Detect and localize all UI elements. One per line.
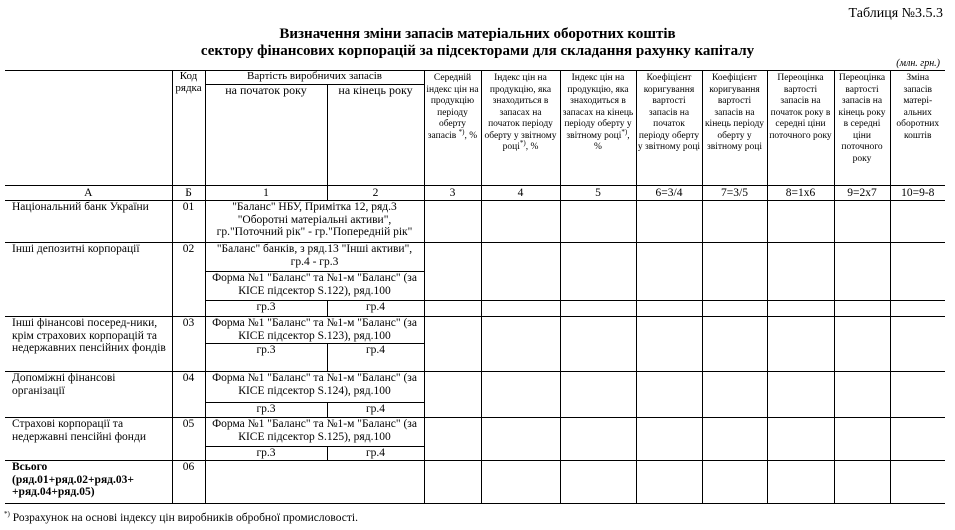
cell[interactable] bbox=[702, 418, 767, 461]
column-number-row: А Б 1 2 3 4 5 6=3/4 7=3/5 8=1х6 9=2х7 10… bbox=[5, 186, 945, 201]
header-col5: Індекс цін на продукцію, яка знаходиться… bbox=[560, 71, 636, 186]
cell[interactable] bbox=[767, 317, 834, 372]
row-name: Допоміжні фінансові організації bbox=[5, 372, 172, 418]
row-code: 03 bbox=[172, 317, 205, 372]
cell[interactable] bbox=[636, 243, 702, 301]
row-source: "Баланс" НБУ, Примітка 12, ряд.3 "Оборот… bbox=[205, 201, 424, 243]
cell[interactable] bbox=[560, 418, 636, 461]
cell[interactable] bbox=[890, 301, 945, 317]
cell[interactable] bbox=[481, 418, 560, 461]
cell[interactable] bbox=[834, 418, 890, 461]
cell[interactable] bbox=[834, 461, 890, 504]
cell[interactable] bbox=[834, 243, 890, 301]
cell[interactable] bbox=[481, 201, 560, 243]
row-g4: гр.4 bbox=[327, 447, 424, 461]
cell[interactable] bbox=[834, 372, 890, 418]
cell[interactable] bbox=[767, 461, 834, 504]
row-code: 06 bbox=[172, 461, 205, 504]
footnote-mark: *) bbox=[4, 510, 10, 518]
cell[interactable] bbox=[890, 418, 945, 461]
cell[interactable] bbox=[424, 301, 481, 317]
header-col6: Коефіцієнт коригування вартості запасів … bbox=[636, 71, 702, 186]
table-number: Таблиця №3.5.3 bbox=[849, 6, 943, 22]
cell[interactable] bbox=[636, 317, 702, 372]
cell[interactable] bbox=[767, 372, 834, 418]
cell[interactable] bbox=[702, 201, 767, 243]
cell[interactable] bbox=[767, 301, 834, 317]
header-end-year: на кінець року bbox=[327, 85, 424, 186]
cell[interactable] bbox=[834, 301, 890, 317]
cell[interactable] bbox=[702, 301, 767, 317]
cell[interactable] bbox=[205, 461, 424, 504]
cell[interactable] bbox=[481, 243, 560, 301]
row-source: "Баланс" банків, з ряд.13 "Інші активи",… bbox=[205, 243, 424, 272]
header-col9: Переоцінка вартості запасів на кінець ро… bbox=[834, 71, 890, 186]
cell[interactable] bbox=[702, 461, 767, 504]
header-start-year: на початок року bbox=[205, 85, 327, 186]
table-row: Допоміжні фінансові організації 04 Форма… bbox=[5, 372, 945, 403]
cell[interactable] bbox=[767, 418, 834, 461]
cell[interactable] bbox=[890, 317, 945, 372]
row-code: 02 bbox=[172, 243, 205, 317]
cell[interactable] bbox=[424, 418, 481, 461]
header-col10: Зміна запасів матері-альних оборотних ко… bbox=[890, 71, 945, 186]
row-g4: гр.4 bbox=[327, 301, 424, 317]
table-row: Інші депозитні корпорації 02 "Баланс" ба… bbox=[5, 243, 945, 272]
cell[interactable] bbox=[890, 243, 945, 301]
header-col7: Коефіцієнт коригування вартості запасів … bbox=[702, 71, 767, 186]
row-code: 01 bbox=[172, 201, 205, 243]
footnote: *) Розрахунок на основі індексу цін виро… bbox=[4, 512, 358, 524]
cell[interactable] bbox=[767, 201, 834, 243]
table-row: Страхові корпорації та недержавні пенсій… bbox=[5, 418, 945, 447]
cell[interactable] bbox=[636, 201, 702, 243]
stock-change-table: Код рядка Вартість виробничих запасів Се… bbox=[5, 70, 945, 504]
cell[interactable] bbox=[424, 317, 481, 372]
row-g3: гр.3 bbox=[205, 447, 327, 461]
cell[interactable] bbox=[424, 201, 481, 243]
cell[interactable] bbox=[560, 317, 636, 372]
row-name: Інші фінансові посеред-ники, крім страхо… bbox=[5, 317, 172, 372]
row-source-2: Форма №1 "Баланс" та №1-м "Баланс" (за К… bbox=[205, 272, 424, 301]
header-col8: Переоцінка вартості запасів на початок р… bbox=[767, 71, 834, 186]
cell[interactable] bbox=[560, 372, 636, 418]
row-g3: гр.3 bbox=[205, 403, 327, 418]
row-g4: гр.4 bbox=[327, 344, 424, 372]
cell[interactable] bbox=[834, 201, 890, 243]
row-name: Страхові корпорації та недержавні пенсій… bbox=[5, 418, 172, 461]
cell[interactable] bbox=[890, 461, 945, 504]
cell[interactable] bbox=[560, 301, 636, 317]
table-row-total: Всього (ряд.01+ряд.02+ряд.03+ +ряд.04+ря… bbox=[5, 461, 945, 504]
cell[interactable] bbox=[636, 461, 702, 504]
row-source: Форма №1 "Баланс" та №1-м "Баланс" (за К… bbox=[205, 317, 424, 344]
header-code: Код рядка bbox=[172, 71, 205, 186]
cell[interactable] bbox=[702, 372, 767, 418]
row-code: 04 bbox=[172, 372, 205, 418]
row-g3: гр.3 bbox=[205, 301, 327, 317]
cell[interactable] bbox=[702, 243, 767, 301]
cell[interactable] bbox=[424, 372, 481, 418]
cell[interactable] bbox=[481, 461, 560, 504]
cell[interactable] bbox=[424, 243, 481, 301]
row-g4: гр.4 bbox=[327, 403, 424, 418]
row-code: 05 bbox=[172, 418, 205, 461]
cell[interactable] bbox=[481, 301, 560, 317]
row-name: Національний банк України bbox=[5, 201, 172, 243]
cell[interactable] bbox=[481, 372, 560, 418]
title-line-1: Визначення зміни запасів матеріальних об… bbox=[0, 25, 955, 43]
cell[interactable] bbox=[636, 301, 702, 317]
row-source: Форма №1 "Баланс" та №1-м "Баланс" (за К… bbox=[205, 418, 424, 447]
cell[interactable] bbox=[890, 201, 945, 243]
cell[interactable] bbox=[890, 372, 945, 418]
header-col3: Середній індекс цін на продукцію періоду… bbox=[424, 71, 481, 186]
row-name: Інші депозитні корпорації bbox=[5, 243, 172, 317]
cell[interactable] bbox=[560, 201, 636, 243]
row-name: Всього (ряд.01+ряд.02+ряд.03+ +ряд.04+ря… bbox=[5, 461, 172, 504]
cell[interactable] bbox=[560, 243, 636, 301]
cell[interactable] bbox=[702, 317, 767, 372]
cell[interactable] bbox=[636, 372, 702, 418]
cell[interactable] bbox=[481, 317, 560, 372]
cell[interactable] bbox=[767, 243, 834, 301]
row-g3: гр.3 bbox=[205, 344, 327, 372]
row-source: Форма №1 "Баланс" та №1-м "Баланс" (за К… bbox=[205, 372, 424, 403]
table-row: Національний банк України 01 "Баланс" НБ… bbox=[5, 201, 945, 243]
cell[interactable] bbox=[560, 461, 636, 504]
cell[interactable] bbox=[636, 418, 702, 461]
cell[interactable] bbox=[424, 461, 481, 504]
header-blank bbox=[5, 71, 172, 186]
units-label: (млн. грн.) bbox=[896, 58, 940, 69]
title-line-2: сектору фінансових корпорацій за підсект… bbox=[0, 42, 955, 60]
cell[interactable] bbox=[834, 317, 890, 372]
table-row: Інші фінансові посеред-ники, крім страхо… bbox=[5, 317, 945, 344]
header-col4: Індекс цін на продукцію, яка знаходиться… bbox=[481, 71, 560, 186]
